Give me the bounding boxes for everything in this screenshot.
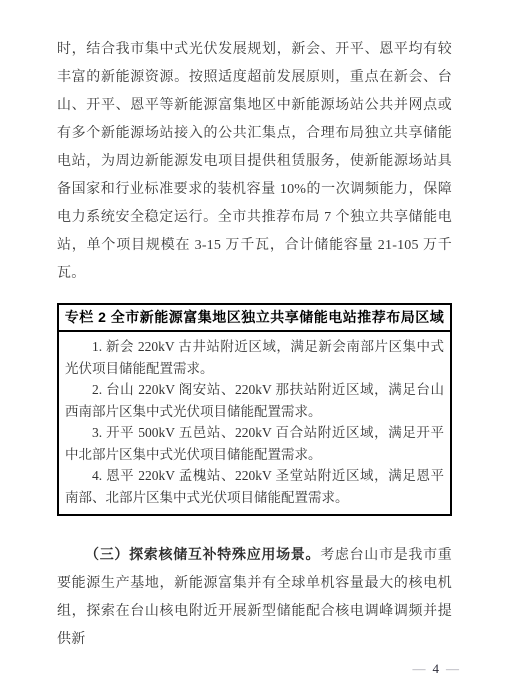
callout-box-item: 1. 新会 220kV 古井站附近区域，满足新会南部片区集中式光伏项目储能配置需… (65, 336, 444, 379)
callout-box-item: 4. 恩平 220kV 孟槐站、220kV 圣堂站附近区域，满足恩平南部、北部片… (65, 465, 444, 508)
callout-box-item: 3. 开平 500kV 五邑站、220kV 百合站附近区域，满足开平中北部片区集… (65, 422, 444, 465)
body-paragraph-section-3: （三）探索核储互补特殊应用场景。考虑台山市是我市重要能源生产基地，新能源富集并有… (57, 542, 452, 654)
page-number-value: 4 (426, 661, 447, 676)
section-heading: （三）探索核储互补特殊应用场景。 (85, 548, 320, 563)
callout-box-title: 专栏 2 全市新能源富集地区独立共享储能电站推荐布局区域 (59, 305, 450, 332)
page-number-dash-right: — (446, 661, 459, 676)
body-paragraph-continuation: 时，结合我市集中式光伏发展规划，新会、开平、恩平均有较丰富的新能源资源。按照适度… (57, 36, 452, 288)
callout-box-item: 2. 台山 220kV 阁安站、220kV 那扶站附近区域，满足台山西南部片区集… (65, 379, 444, 422)
page-number: —4— (413, 662, 460, 676)
callout-box-body: 1. 新会 220kV 古井站附近区域，满足新会南部片区集中式光伏项目储能配置需… (59, 332, 450, 514)
page-number-dash-left: — (413, 661, 426, 676)
callout-box-zhuanlan-2: 专栏 2 全市新能源富集地区独立共享储能电站推荐布局区域 1. 新会 220kV… (57, 303, 452, 516)
document-page: 时，结合我市集中式光伏发展规划，新会、开平、恩平均有较丰富的新能源资源。按照适度… (0, 0, 505, 691)
